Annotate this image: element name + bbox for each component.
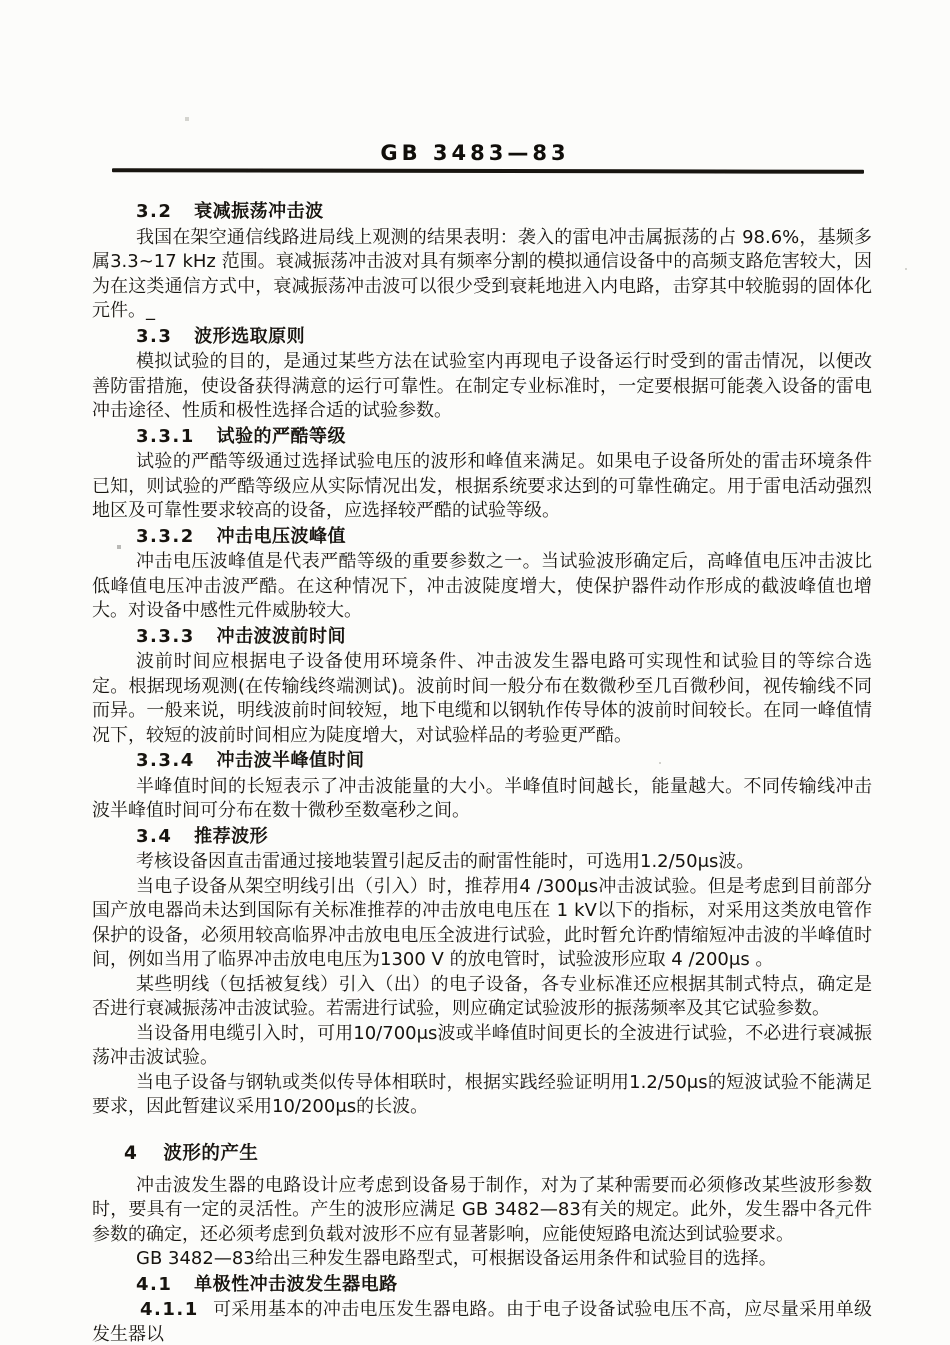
heading-number: 3.3 (136, 325, 172, 350)
body-paragraph: 当电子设备从架空明线引出（引入）时，推荐用4 /300μs冲击波试验。但是考虑到… (92, 875, 872, 973)
scan-speckles (0, 0, 2, 2)
body-paragraph: 当设备用电缆引入时，可用10/700μs波或半峰值时间更长的全波进行试验，不必进… (92, 1022, 872, 1071)
heading-title: 冲击波半峰值时间 (217, 750, 365, 771)
header-rule (112, 168, 864, 174)
body-paragraph: 当电子设备与钢轨或类似传导体相联时，根据实践经验证明用1.2/50μs的短波试验… (92, 1071, 872, 1120)
body-paragraph: 冲击电压波峰值是代表严酷等级的重要参数之一。当试验波形确定后，高峰值电压冲击波比… (92, 550, 872, 624)
heading-number: 4.1 (136, 1273, 172, 1298)
heading-number: 3.4 (136, 825, 172, 850)
heading-title: 试验的严酷等级 (217, 426, 347, 447)
heading-title: 波形的产生 (163, 1143, 258, 1164)
body-paragraph: 某些明线（包括被复线）引入（出）的电子设备，各专业标准还应根据其制式特点，确定是… (92, 973, 872, 1022)
heading-title: 衰减振荡冲击波 (194, 201, 324, 222)
section-heading-3-3-1: 3.3.1 试验的严酷等级 (136, 425, 872, 450)
clause-number: 4.1.1 (140, 1299, 199, 1320)
body-paragraph: 我国在架空通信线路进局线上观测的结果表明：袭入的雷电冲击属振荡的占 98.6%，… (92, 226, 872, 324)
heading-number: 3.3.2 (136, 525, 195, 550)
heading-number: 3.2 (136, 200, 172, 225)
heading-title: 推荐波形 (194, 826, 268, 847)
document-body: 3.2 衰减振荡冲击波 我国在架空通信线路进局线上观测的结果表明：袭入的雷电冲击… (92, 199, 872, 1345)
chapter-heading-4: 4 波形的产生 (124, 1141, 872, 1166)
section-heading-3-2: 3.2 衰减振荡冲击波 (136, 200, 872, 225)
section-heading-4-1: 4.1 单极性冲击波发生器电路 (136, 1273, 872, 1298)
body-paragraph: 冲击波发生器的电路设计应考虑到设备易于制作，对为了某种需要而必须修改某些波形参数… (92, 1174, 872, 1248)
standard-number-header: GB 3483—83 (0, 141, 950, 165)
section-heading-3-3-4: 3.3.4 冲击波半峰值时间 (136, 749, 872, 774)
section-heading-3-4: 3.4 推荐波形 (136, 825, 872, 850)
section-heading-3-3-3: 3.3.3 冲击波波前时间 (136, 625, 872, 650)
body-paragraph: 考核设备因直击雷通过接地装置引起反击的耐雷性能时，可选用1.2/50μs波。 (92, 850, 872, 875)
body-paragraph: 波前时间应根据电子设备使用环境条件、冲击波发生器电路可实现性和试验目的等综合选定… (92, 650, 872, 748)
clause-text: 可采用基本的冲击电压发生器电路。由于电子设备试验电压不高，应尽量采用单级发生器以 (92, 1299, 872, 1345)
heading-title: 波形选取原则 (194, 326, 305, 347)
body-paragraph: GB 3482—83给出三种发生器电路型式，可根据设备运用条件和试验目的选择。 (92, 1247, 872, 1272)
heading-title: 冲击电压波峰值 (217, 526, 347, 547)
heading-number: 4 (124, 1141, 137, 1166)
body-paragraph: 半峰值时间的长短表示了冲击波能量的大小。半峰值时间越长，能量越大。不同传输线冲击… (92, 775, 872, 824)
body-paragraph: 模拟试验的目的，是通过某些方法在试验室内再现电子设备运行时受到的雷击情况，以便改… (92, 350, 872, 424)
heading-number: 3.3.3 (136, 625, 195, 650)
section-heading-3-3-2: 3.3.2 冲击电压波峰值 (136, 525, 872, 550)
heading-number: 3.3.1 (136, 425, 195, 450)
heading-title: 单极性冲击波发生器电路 (194, 1274, 398, 1295)
scanned-standard-page: GB 3483—83 3.2 衰减振荡冲击波 我国在架空通信线路进局线上观测的结… (0, 0, 950, 1345)
heading-number: 3.3.4 (136, 749, 195, 774)
heading-title: 冲击波波前时间 (217, 626, 347, 647)
body-paragraph: 试验的严酷等级通过选择试验电压的波形和峰值来满足。如果电子设备所处的雷击环境条件… (92, 450, 872, 524)
clause-paragraph-4-1-1: 4.1.1可采用基本的冲击电压发生器电路。由于电子设备试验电压不高，应尽量采用单… (92, 1298, 872, 1345)
section-heading-3-3: 3.3 波形选取原则 (136, 325, 872, 350)
